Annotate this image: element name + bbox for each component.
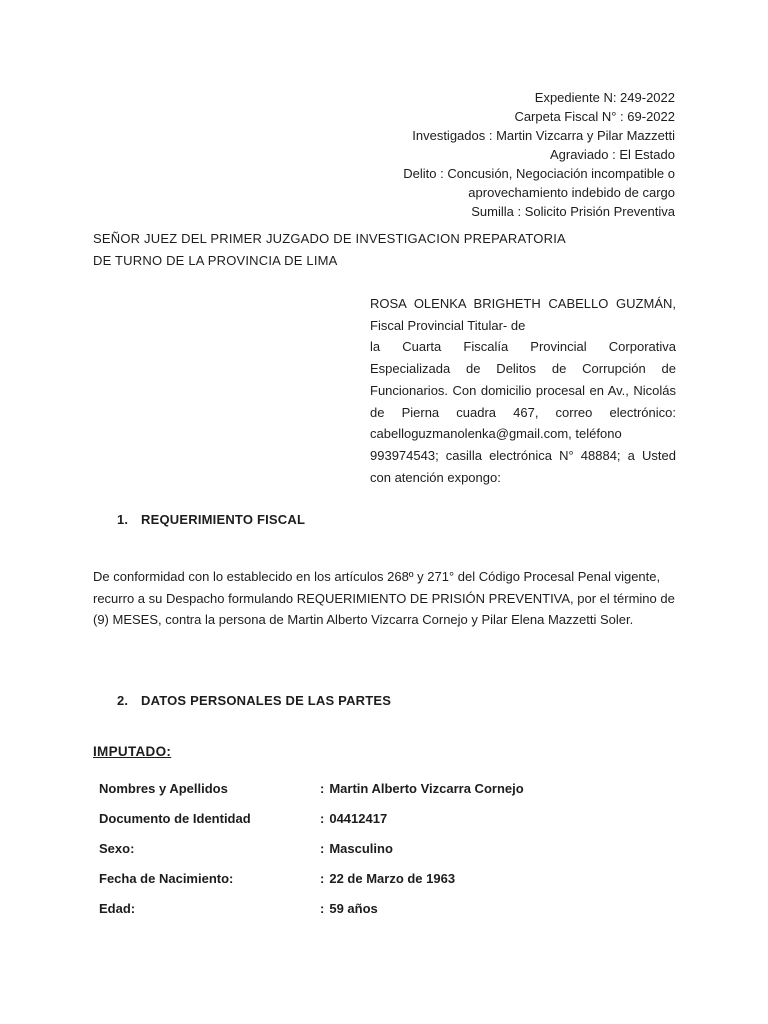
table-row-edad: Edad: :59 años: [99, 901, 659, 931]
prosecutor-intro-paragraph-1: ROSA OLENKA BRIGHETH CABELLO GUZMÁN, Fis…: [370, 293, 676, 336]
case-header-block: Expediente N: 249-2022 Carpeta Fiscal N°…: [403, 88, 675, 221]
row-label: Nombres y Apellidos: [99, 781, 320, 796]
case-header-delito-line2: aprovechamiento indebido de cargo: [403, 183, 675, 202]
row-value: :Masculino: [320, 841, 659, 856]
table-row-sexo: Sexo: :Masculino: [99, 841, 659, 871]
prosecutor-intro-block: ROSA OLENKA BRIGHETH CABELLO GUZMÁN, Fis…: [370, 293, 676, 488]
section-2-title: DATOS PERSONALES DE LAS PARTES: [141, 693, 391, 708]
row-value: :04412417: [320, 811, 659, 826]
row-value-text: Masculino: [329, 841, 393, 856]
table-row-nombres: Nombres y Apellidos :Martin Alberto Vizc…: [99, 781, 659, 811]
row-value-text: 04412417: [329, 811, 387, 826]
case-header-expediente: Expediente N: 249-2022: [403, 88, 675, 107]
prosecutor-intro-paragraph-2: la Cuarta Fiscalía Provincial Corporativ…: [370, 336, 676, 445]
row-value: :Martin Alberto Vizcarra Cornejo: [320, 781, 659, 796]
row-separator: :: [320, 901, 324, 916]
row-label: Fecha de Nacimiento:: [99, 871, 320, 886]
row-label: Sexo:: [99, 841, 320, 856]
imputado-data-table: Nombres y Apellidos :Martin Alberto Vizc…: [99, 781, 659, 931]
document-page: Expediente N: 249-2022 Carpeta Fiscal N°…: [0, 0, 768, 1024]
row-separator: :: [320, 781, 324, 796]
row-value-text: 59 años: [329, 901, 377, 916]
imputado-heading: IMPUTADO:: [93, 744, 171, 759]
case-header-carpeta-fiscal: Carpeta Fiscal N° : 69-2022: [403, 107, 675, 126]
section-1-title: REQUERIMIENTO FISCAL: [141, 512, 305, 527]
court-heading-line2: DE TURNO DE LA PROVINCIA DE LIMA: [93, 250, 566, 272]
row-value: :22 de Marzo de 1963: [320, 871, 659, 886]
case-header-agraviado: Agraviado : El Estado: [403, 145, 675, 164]
row-label: Documento de Identidad: [99, 811, 320, 826]
table-row-documento: Documento de Identidad :04412417: [99, 811, 659, 841]
section-1-number: 1.: [117, 512, 130, 527]
section-1-body: De conformidad con lo establecido en los…: [93, 566, 679, 631]
row-label: Edad:: [99, 901, 320, 916]
case-header-delito-line1: Delito : Concusión, Negociación incompat…: [403, 164, 675, 183]
row-value-text: Martin Alberto Vizcarra Cornejo: [329, 781, 523, 796]
row-value: :59 años: [320, 901, 659, 916]
section-1-heading: 1.REQUERIMIENTO FISCAL: [117, 512, 305, 527]
court-heading-line1: SEÑOR JUEZ DEL PRIMER JUZGADO DE INVESTI…: [93, 228, 566, 250]
case-header-investigados: Investigados : Martin Vizcarra y Pilar M…: [403, 126, 675, 145]
prosecutor-intro-paragraph-3: 993974543; casilla electrónica N° 48884;…: [370, 445, 676, 488]
row-separator: :: [320, 811, 324, 826]
row-separator: :: [320, 871, 324, 886]
row-separator: :: [320, 841, 324, 856]
court-heading: SEÑOR JUEZ DEL PRIMER JUZGADO DE INVESTI…: [93, 228, 566, 272]
section-2-heading: 2.DATOS PERSONALES DE LAS PARTES: [117, 693, 391, 708]
table-row-fecha-nacimiento: Fecha de Nacimiento: :22 de Marzo de 196…: [99, 871, 659, 901]
section-2-number: 2.: [117, 693, 130, 708]
row-value-text: 22 de Marzo de 1963: [329, 871, 455, 886]
case-header-sumilla: Sumilla : Solicito Prisión Preventiva: [403, 202, 675, 221]
